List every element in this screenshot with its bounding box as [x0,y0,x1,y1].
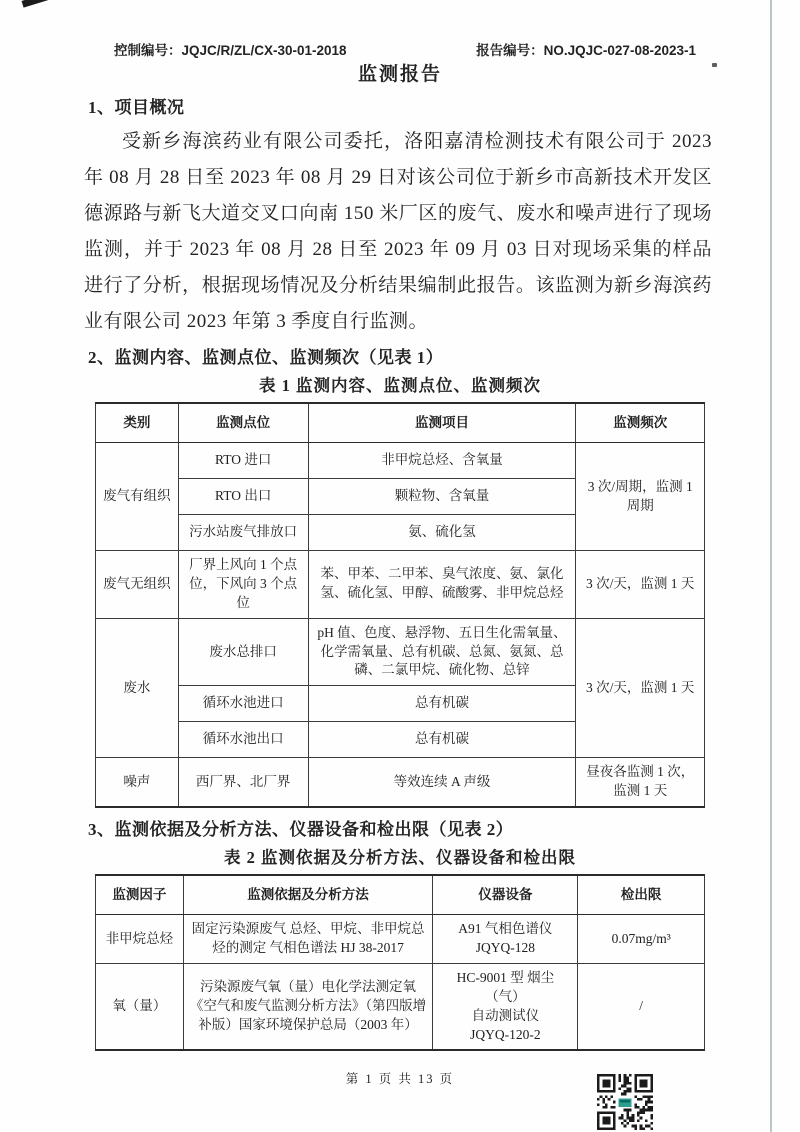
factor-cell: 非甲烷总烃 [96,915,184,964]
table2-header-method: 监测依据及分析方法 [183,875,433,915]
method-cell: 固定污染源废气 总烃、甲烷、非甲烷总烃的测定 气相色谱法 HJ 38-2017 [183,915,433,964]
table-2-caption: 表 2 监测依据及分析方法、仪器设备和检出限 [0,846,800,870]
section-1-heading: 1、项目概况 [88,96,800,120]
frequency-cell: 3 次/天，监测 1 天 [576,618,705,758]
control-number-label: 控制编号： [114,43,182,58]
instrument-cell: A91 气相色谱仪 JQYQ-128 [433,915,578,964]
table2-body: 非甲烷总烃固定污染源废气 总烃、甲烷、非甲烷总烃的测定 气相色谱法 HJ 38-… [96,915,705,1051]
report-page: 控制编号：JQJC/R/ZL/CX-30-01-2018 报告编号：NO.JQJ… [0,0,800,1132]
limit-cell: / [578,963,705,1050]
category-cell: 噪声 [96,758,179,807]
scan-corner-artifact [22,0,49,8]
control-number-value: JQJC/R/ZL/CX-30-01-2018 [182,43,347,58]
items-cell: 总有机碳 [308,686,576,722]
control-number: 控制编号：JQJC/R/ZL/CX-30-01-2018 [114,42,347,60]
category-cell: 废气无组织 [96,551,179,619]
factor-cell: 氧（量） [96,963,184,1050]
frequency-cell: 3 次/周期，监测 1 周期 [576,443,705,551]
table2-header-instrument: 仪器设备 [433,875,578,915]
qr-code [597,1074,653,1130]
point-cell: 循环水池出口 [178,722,308,758]
table2-row: 氧（量）污染源废气氧（量）电化学法测定氧《空气和废气监测分析方法》（第四版增补版… [96,963,705,1050]
table1-body: 废气有组织RTO 进口非甲烷总烃、含氧量3 次/周期，监测 1 周期RTO 出口… [96,443,705,808]
table1-header-category: 类别 [96,403,179,443]
limit-cell: 0.07mg/m³ [578,915,705,964]
qr-code-graphic [597,1074,653,1130]
report-number-value: NO.JQJC-027-08-2023-1 [544,43,696,58]
table2-header-row: 监测因子 监测依据及分析方法 仪器设备 检出限 [96,875,705,915]
monitoring-content-table: 类别 监测点位 监测项目 监测频次 废气有组织RTO 进口非甲烷总烃、含氧量3 … [95,402,705,808]
frequency-cell: 昼夜各监测 1 次，监测 1 天 [576,758,705,807]
report-number-label: 报告编号： [476,43,544,58]
category-cell: 废水 [96,618,179,758]
frequency-cell: 3 次/天，监测 1 天 [576,551,705,619]
items-cell: 非甲烷总烃、含氧量 [308,443,576,479]
table1-row: 噪声西厂界、北厂界等效连续 A 声级昼夜各监测 1 次，监测 1 天 [96,758,705,807]
section-2-heading: 2、监测内容、监测点位、监测频次（见表 1） [88,346,800,370]
point-cell: 废水总排口 [178,618,308,686]
point-cell: RTO 出口 [178,479,308,515]
table1-row: 废水废水总排口pH 值、色度、悬浮物、五日生化需氧量、化学需氧量、总有机碳、总氮… [96,618,705,686]
point-cell: 循环水池进口 [178,686,308,722]
point-cell: 厂界上风向 1 个点位，下风向 3 个点位 [178,551,308,619]
instrument-cell: HC-9001 型 烟尘（气） 自动测试仪 JQYQ-120-2 [433,963,578,1050]
table1-row: 废气无组织厂界上风向 1 个点位，下风向 3 个点位苯、甲苯、二甲苯、臭气浓度、… [96,551,705,619]
section-3-heading: 3、监测依据及分析方法、仪器设备和检出限（见表 2） [88,818,800,842]
table1-header-items: 监测项目 [308,403,576,443]
point-cell: RTO 进口 [178,443,308,479]
method-instrument-table: 监测因子 监测依据及分析方法 仪器设备 检出限 非甲烷总烃固定污染源废气 总烃、… [95,874,705,1051]
category-cell: 废气有组织 [96,443,179,551]
items-cell: 等效连续 A 声级 [308,758,576,807]
scan-speck-artifact [712,63,717,67]
point-cell: 西厂界、北厂界 [178,758,308,807]
table2-header-limit: 检出限 [578,875,705,915]
table2-header-factor: 监测因子 [96,875,184,915]
project-overview-paragraph: 受新乡海滨药业有限公司委托，洛阳嘉清检测技术有限公司于 2023 年 08 月 … [84,124,712,340]
items-cell: pH 值、色度、悬浮物、五日生化需氧量、化学需氧量、总有机碳、总氮、氨氮、总磷、… [308,618,576,686]
table1-header-frequency: 监测频次 [576,403,705,443]
items-cell: 总有机碳 [308,722,576,758]
scan-edge-line [770,0,772,1132]
items-cell: 苯、甲苯、二甲苯、臭气浓度、氨、氯化氢、硫化氢、甲醇、硫酸雾、非甲烷总烃 [308,551,576,619]
items-cell: 颗粒物、含氧量 [308,479,576,515]
table1-header-row: 类别 监测点位 监测项目 监测频次 [96,403,705,443]
table-1-caption: 表 1 监测内容、监测点位、监测频次 [0,374,800,398]
page-title: 监测报告 [0,62,800,88]
page-number: 第 1 页 共 13 页 [0,1071,800,1087]
table2-row: 非甲烷总烃固定污染源废气 总烃、甲烷、非甲烷总烃的测定 气相色谱法 HJ 38-… [96,915,705,964]
table1-header-point: 监测点位 [178,403,308,443]
method-cell: 污染源废气氧（量）电化学法测定氧《空气和废气监测分析方法》（第四版增补版）国家环… [183,963,433,1050]
items-cell: 氨、硫化氢 [308,515,576,551]
report-number: 报告编号：NO.JQJC-027-08-2023-1 [476,42,696,60]
point-cell: 污水站废气排放口 [178,515,308,551]
table1-row: 废气有组织RTO 进口非甲烷总烃、含氧量3 次/周期，监测 1 周期 [96,443,705,479]
document-header: 控制编号：JQJC/R/ZL/CX-30-01-2018 报告编号：NO.JQJ… [114,42,696,60]
